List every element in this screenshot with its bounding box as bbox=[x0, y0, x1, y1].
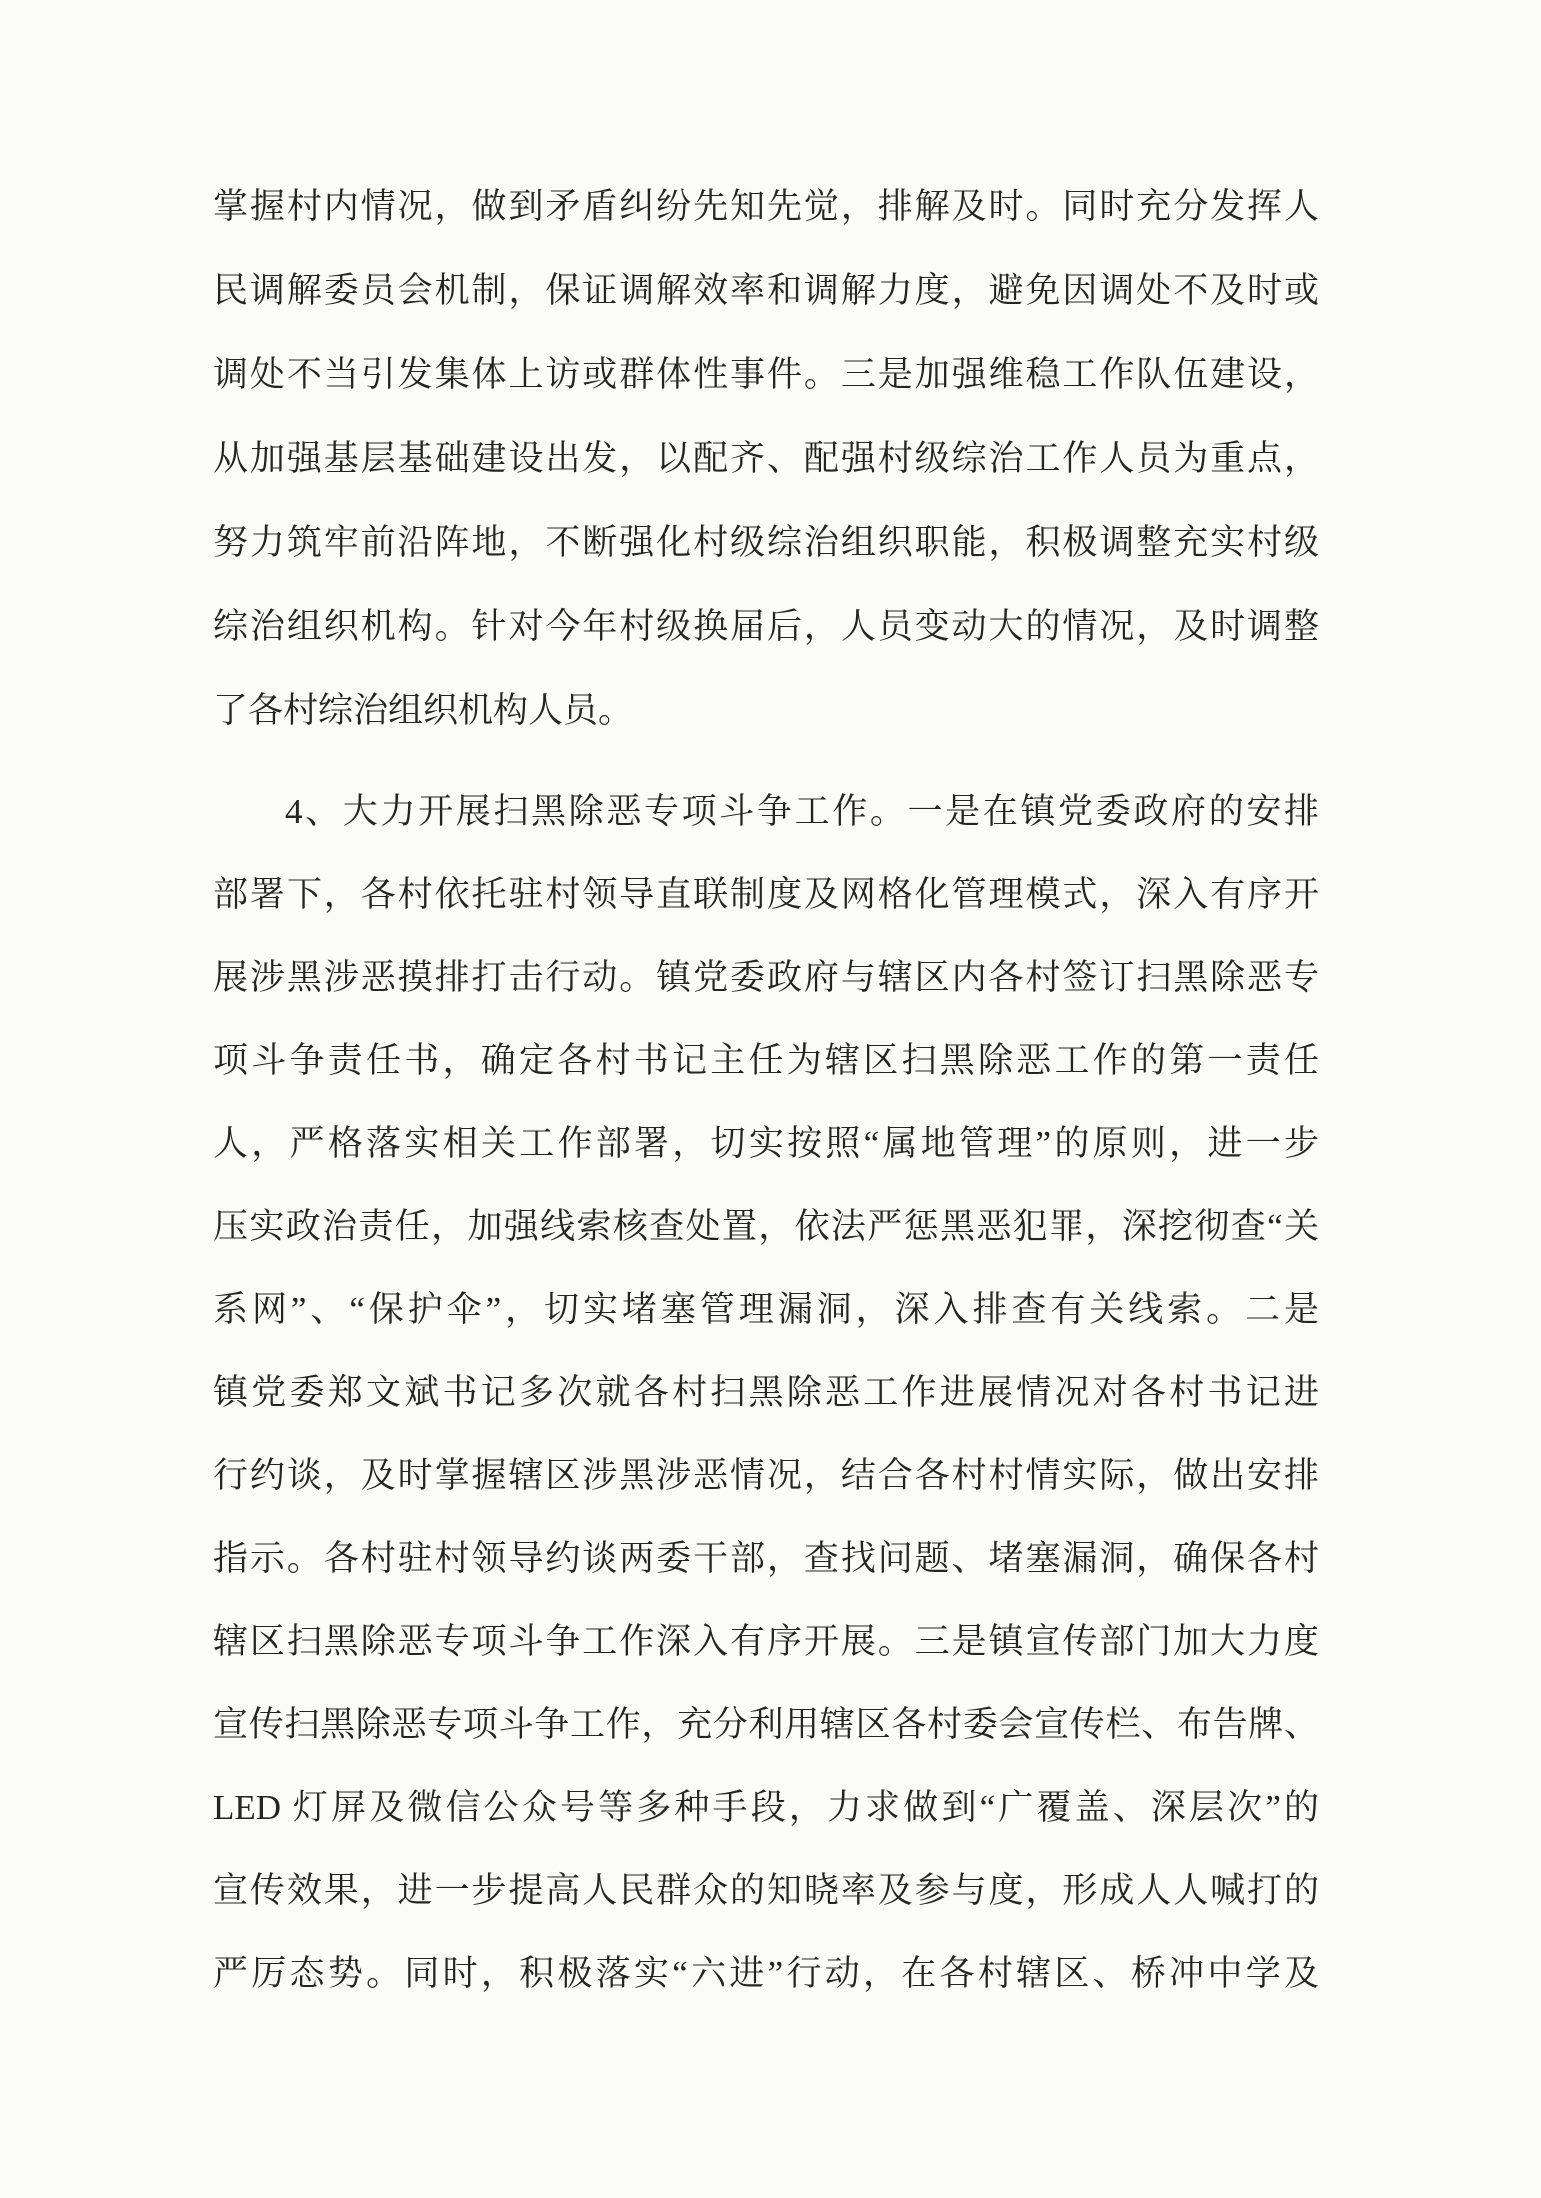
text-line: 从加强基层基础建设出发，以配齐、配强村级综治工作人员为重点， bbox=[213, 417, 1319, 501]
text-line: 项斗争责任书，确定各村书记主任为辖区扫黑除恶工作的第一责任 bbox=[213, 1019, 1319, 1102]
text-line: 人，严格落实相关工作部署，切实按照“属地管理”的原则，进一步 bbox=[213, 1102, 1319, 1185]
text-line: 民调解委员会机制，保证调解效率和调解力度，避免因调处不及时或 bbox=[213, 249, 1319, 333]
text-line: 展涉黑涉恶摸排打击行动。镇党委政府与辖区内各村签订扫黑除恶专 bbox=[213, 936, 1319, 1019]
text-line: 系网”、“保护伞”，切实堵塞管理漏洞，深入排查有关线索。二是 bbox=[213, 1268, 1319, 1351]
text-line: 压实政治责任，加强线索核查处置，依法严惩黑恶犯罪，深挖彻查“关 bbox=[213, 1185, 1319, 1268]
text-line: 严厉态势。同时，积极落实“六进”行动，在各村辖区、桥冲中学及 bbox=[213, 1932, 1319, 2015]
text-line: 调处不当引发集体上访或群体性事件。三是加强维稳工作队伍建设， bbox=[213, 333, 1319, 417]
text-line: LED 灯屏及微信公众号等多种手段，力求做到“广覆盖、深层次”的 bbox=[213, 1766, 1319, 1849]
text-line: 4、大力开展扫黑除恶专项斗争工作。一是在镇党委政府的安排 bbox=[213, 770, 1319, 853]
text-line: 综治组织机构。针对今年村级换届后，人员变动大的情况，及时调整 bbox=[213, 585, 1319, 669]
text-line: 辖区扫黑除恶专项斗争工作深入有序开展。三是镇宣传部门加大力度 bbox=[213, 1600, 1319, 1683]
text-line: 指示。各村驻村领导约谈两委干部，查找问题、堵塞漏洞，确保各村 bbox=[213, 1517, 1319, 1600]
paragraph-anti-crime-campaign: 4、大力开展扫黑除恶专项斗争工作。一是在镇党委政府的安排 部署下，各村依托驻村领… bbox=[213, 770, 1319, 2015]
document-page: 掌握村内情况，做到矛盾纠纷先知先觉，排解及时。同时充分发挥人 民调解委员会机制，… bbox=[0, 0, 1541, 2198]
text-line: 行约谈，及时掌握辖区涉黑涉恶情况，结合各村村情实际，做出安排 bbox=[213, 1434, 1319, 1517]
paragraph-maintain-stability: 掌握村内情况，做到矛盾纠纷先知先觉，排解及时。同时充分发挥人 民调解委员会机制，… bbox=[213, 165, 1319, 753]
text-line: 努力筑牢前沿阵地，不断强化村级综治组织职能，积极调整充实村级 bbox=[213, 501, 1319, 585]
text-line: 了各村综治组织机构人员。 bbox=[213, 669, 1319, 753]
text-line: 宣传效果，进一步提高人民群众的知晓率及参与度，形成人人喊打的 bbox=[213, 1849, 1319, 1932]
text-line: 镇党委郑文斌书记多次就各村扫黑除恶工作进展情况对各村书记进 bbox=[213, 1351, 1319, 1434]
text-line: 宣传扫黑除恶专项斗争工作，充分利用辖区各村委会宣传栏、布告牌、 bbox=[213, 1683, 1319, 1766]
text-line: 部署下，各村依托驻村领导直联制度及网格化管理模式，深入有序开 bbox=[213, 853, 1319, 936]
text-line: 掌握村内情况，做到矛盾纠纷先知先觉，排解及时。同时充分发挥人 bbox=[213, 165, 1319, 249]
